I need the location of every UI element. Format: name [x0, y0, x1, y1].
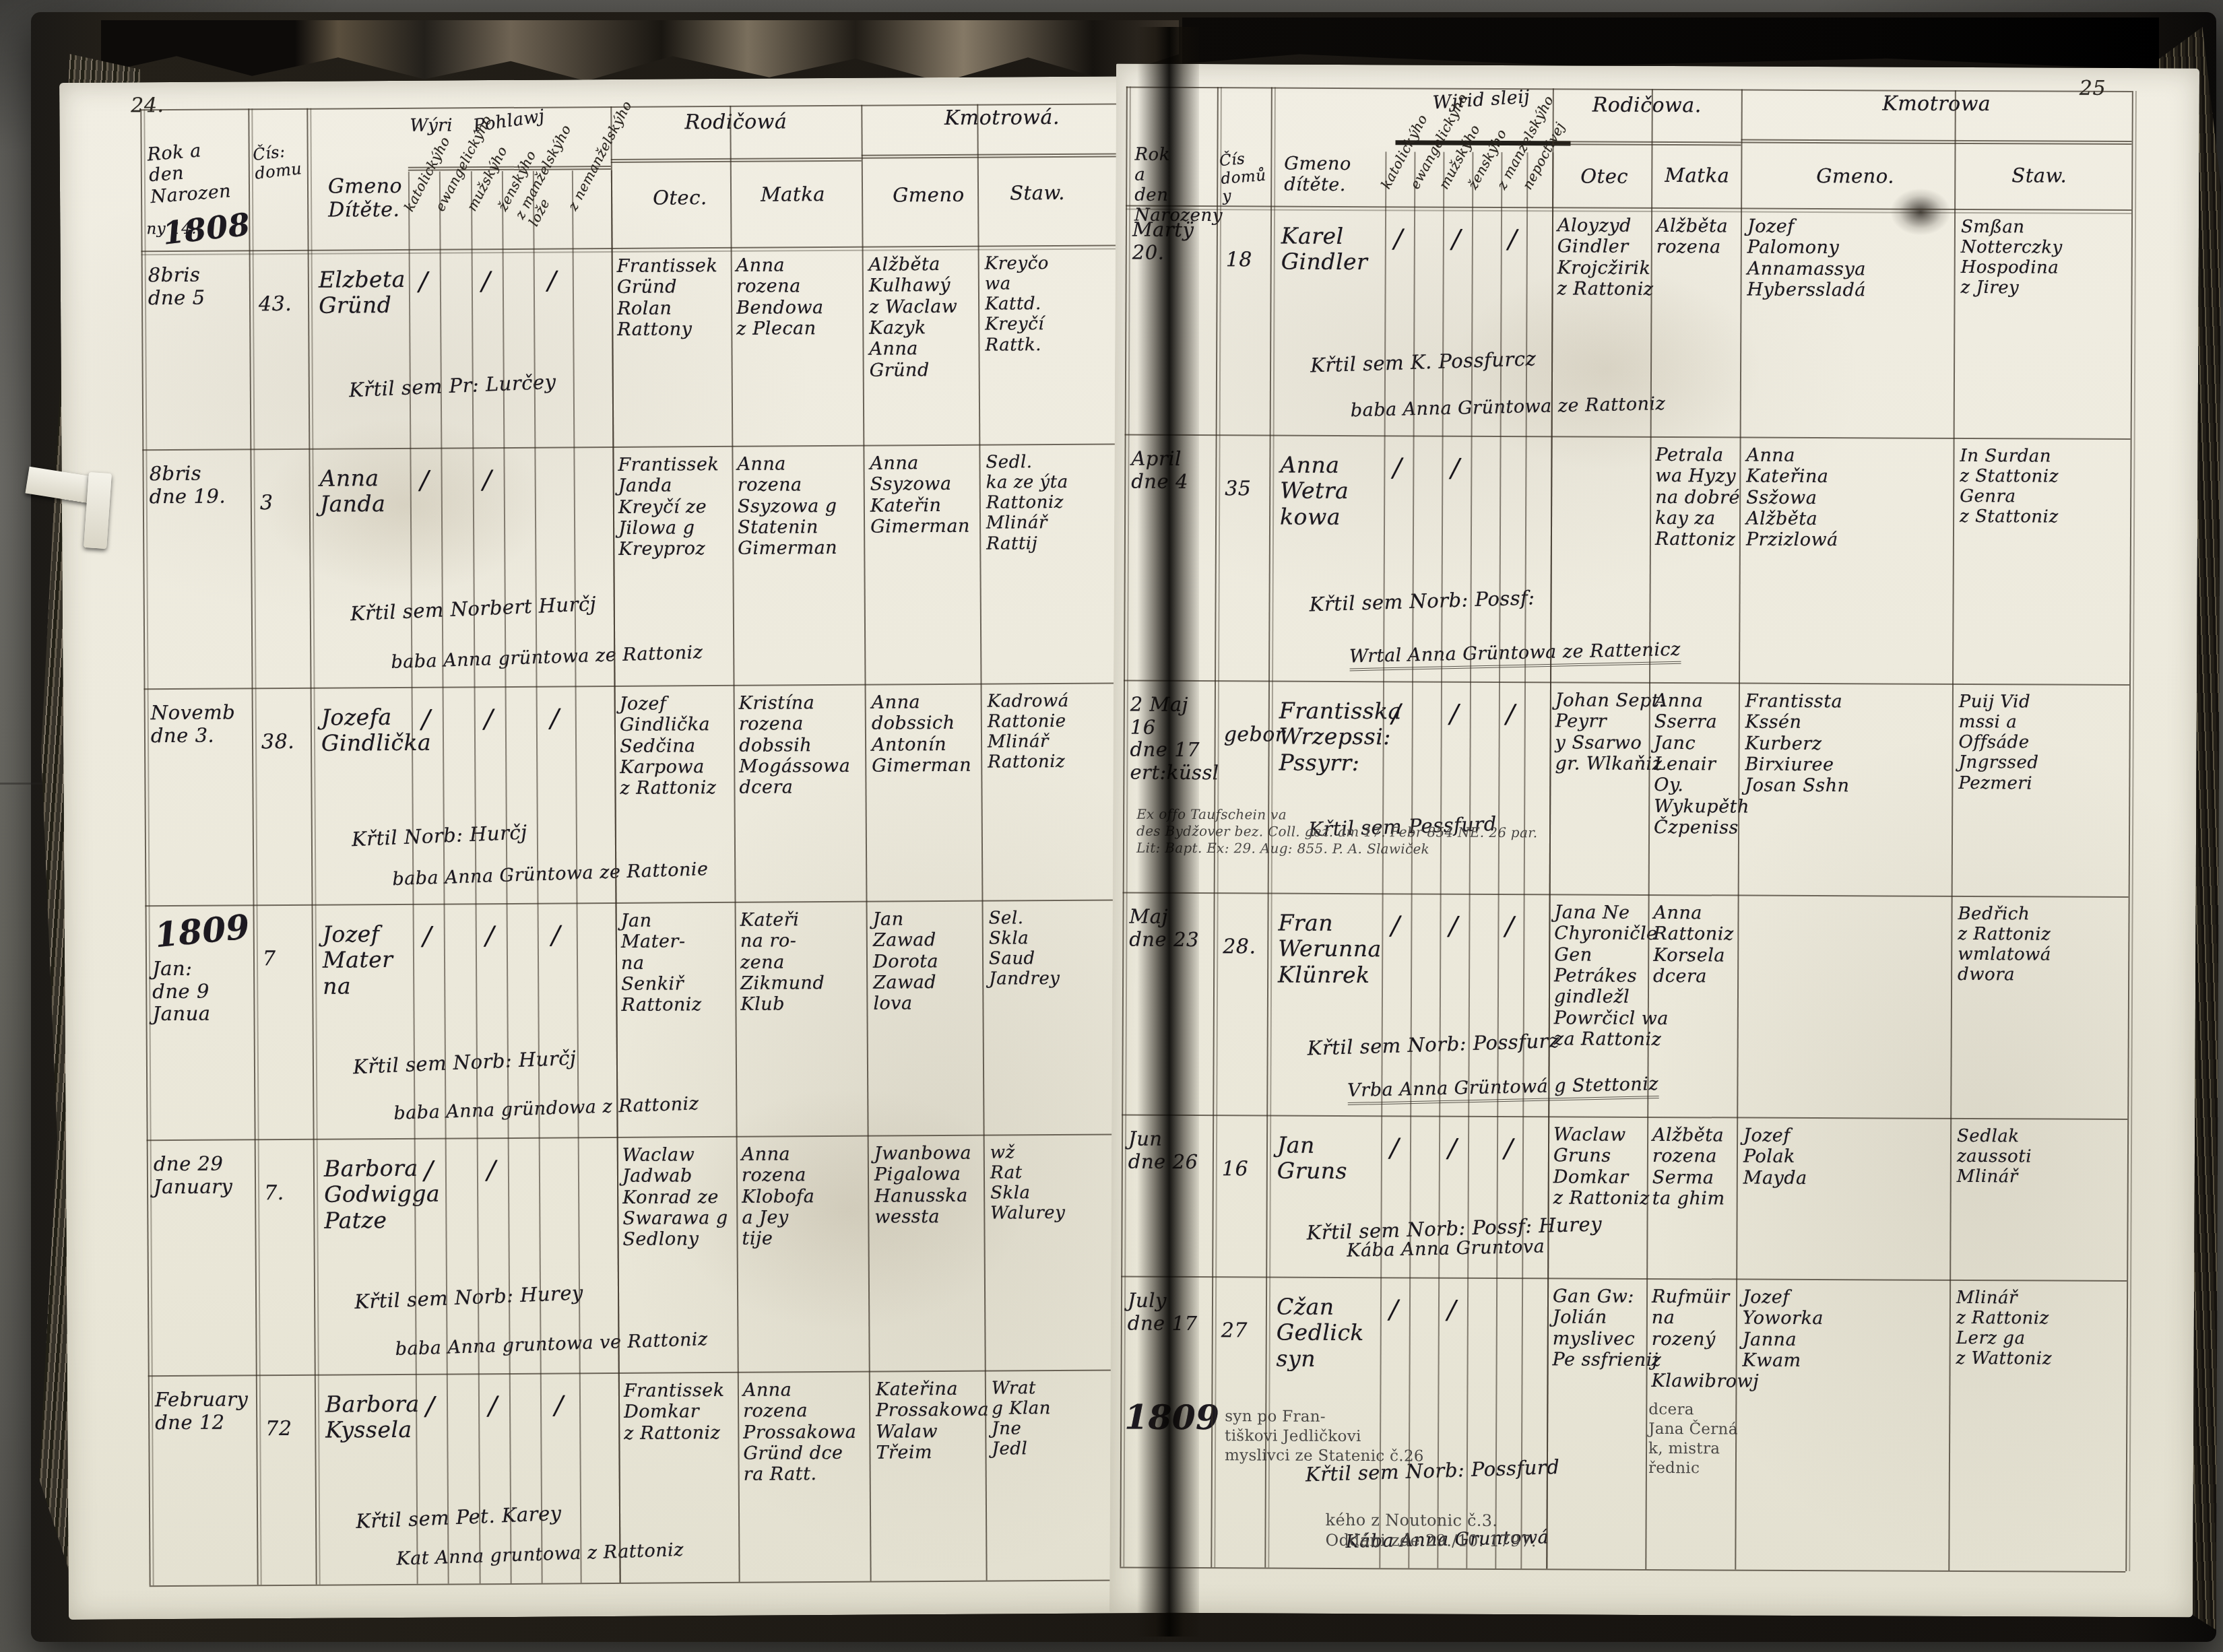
tick-mark: ∕ [1449, 911, 1458, 941]
tick-mark: ∕ [1393, 453, 1403, 482]
midwife-note: Kába Anna Gruntova [1347, 1236, 1545, 1261]
entry-mother: Anna rozena Bendowa z Plecan [736, 255, 866, 339]
header-rule [1553, 141, 1741, 145]
tick-mark: ∕ [1451, 453, 1460, 483]
baptism-note: Křtil sem Pet. Karey [356, 1496, 734, 1534]
entry-date: Novemb dne 3. [151, 701, 251, 747]
midwife-note: Wrtal Anna Grüntowa ze Rattenicz [1349, 639, 1681, 671]
tick-mark: ∕ [1448, 1133, 1457, 1163]
col-header-godparents-group: Kmotrowá. [861, 106, 1142, 131]
baptism-note: Křtil sem K. Possfurcz [1310, 343, 1688, 377]
entry-godparent-name: Anna Ssyzowa Kateřin Gimerman [870, 453, 981, 537]
entry-house-number: 27 [1221, 1319, 1248, 1343]
entry-child-name: Anna Wetra kowa [1280, 453, 1388, 530]
entry-child-name: Elzbeta Gründ [319, 267, 413, 319]
entry-mother: Anna rozena Klobofa a Jey tije [742, 1144, 871, 1250]
entry-child-name: Karel Gindler [1281, 224, 1389, 275]
baptism-note: Křtil sem Norb: Possfurz [1307, 1026, 1685, 1060]
entry-date: February dne 12 [155, 1388, 255, 1434]
tick-mark: ∕ [488, 1391, 498, 1420]
entry-child-name: Barbora Kyssela [325, 1391, 420, 1443]
entry-mother: Kristína rozena dobssih Mogássowa dcera [739, 692, 868, 799]
entry-date: dne 29 January [154, 1152, 253, 1198]
tick-mark: ∕ [484, 704, 494, 733]
register-page-right: 25 Rok a den Narozeny Čís domů y Gmeno d… [1109, 64, 2199, 1618]
table-hline [148, 1369, 1151, 1377]
midwife-note: Vrba Anna Grüntowá g Stettoniz [1347, 1073, 1659, 1105]
entry-godparent-name: Alžběta Kulhawý z Waclaw Kazyk Anna Grün… [869, 254, 980, 381]
entry-godparent-name: Kateřina Prossakowa Walaw Třeim [876, 1379, 987, 1463]
table-hline [150, 1579, 1152, 1587]
baptism-note: Křtil sem Norb: Possf: [1309, 583, 1687, 617]
book-gutter-shadow [1137, 27, 1199, 1637]
col-header-godparents-group: Kmotrowa [1741, 92, 2132, 117]
col-header-godparent-name: Gmeno [893, 184, 965, 207]
entry-child-name: Barbora Godwigga Patze [324, 1156, 419, 1234]
midwife-note: Kat Anna gruntowa z Rattoniz [396, 1540, 684, 1570]
entry-child-name: Frantisska Wrzepssi: Pssyrr: [1279, 698, 1386, 776]
col-header-mother: Matka [1665, 164, 1729, 187]
baptism-note: Křtil sem Norb: Hurčj [352, 1040, 730, 1079]
tick-mark: ∕ [1392, 698, 1401, 728]
tick-mark: ∕ [1390, 1133, 1399, 1162]
entry-mother: Petrala wa Hyzy na dobré kay za Rattoniz [1655, 444, 1743, 550]
col-header-godparent-status: Staw. [1010, 182, 1065, 205]
entry-child-name: Jan Gruns [1277, 1133, 1385, 1185]
col-header-father: Otec [1580, 166, 1628, 189]
entry-date: 8bris dne 19. [149, 462, 249, 508]
tick-mark: ∕ [1452, 224, 1461, 254]
tick-mark: ∕ [554, 1390, 564, 1420]
entry-child-name: Jozef Mater na [323, 921, 418, 999]
tick-mark: ∕ [550, 703, 560, 733]
header-rule [862, 153, 1143, 159]
col-header-mother: Matka [761, 183, 825, 206]
table-hline [1125, 434, 2131, 440]
entry-date: Jan: dne 9 Janua [152, 957, 253, 1026]
tick-mark: ∕ [1391, 911, 1400, 940]
entry-child-name: Cžan Gedlick syn [1277, 1294, 1384, 1372]
col-header-child: Gmeno Dítěte. [328, 175, 402, 222]
table-hline [144, 682, 1147, 690]
page-number: 24. [131, 94, 164, 118]
entry-godparent-name: Jwanbowa Pigalowa Hanusska wessta [874, 1143, 986, 1228]
tick-mark: ∕ [1389, 1294, 1398, 1324]
col-header-date: Rok a den Narozen [146, 138, 232, 207]
entry-house-number: gebor [1224, 723, 1285, 747]
entry-godparent-name: Jan Zawad Dorota Zawad lova [873, 908, 984, 1015]
baptism-note: Křtil sem Pr: Lurčey [348, 364, 726, 402]
entry-child-name: Fran Werunna Klünrek [1278, 911, 1386, 988]
table-hline [1120, 1567, 2125, 1573]
entry-godparent-status: In Surdan z Stattoniz Genra z Stattoniz [1960, 446, 2132, 528]
tick-mark: ∕ [1504, 1133, 1514, 1163]
tick-mark: ∕ [548, 265, 557, 295]
entry-house-number: 3 [260, 492, 273, 515]
col-header-father: Otec. [653, 187, 707, 209]
tick-mark: ∕ [1508, 224, 1518, 254]
tick-mark: ∕ [1506, 699, 1516, 729]
tick-mark: ∕ [420, 465, 430, 495]
entry-house-number: 38. [261, 731, 294, 754]
tick-mark: ∕ [424, 1156, 434, 1185]
tick-mark: ∕ [426, 1391, 435, 1421]
entry-godparent-status: Sedlak zaussoti Mlinář [1957, 1126, 2129, 1188]
entry-date: 8bris dne 5 [148, 263, 248, 309]
table-hline [142, 443, 1145, 451]
entry-godparent-name: Jozef Palomony Annamassya Hyberssladá [1747, 216, 1956, 302]
midwife-note: baba Anna Grüntowa ze Rattoniz [1351, 393, 1666, 422]
tick-mark: ∕ [1450, 699, 1459, 729]
table-hline-top [1126, 87, 2132, 93]
col-header-godparent-status: Staw. [2011, 164, 2067, 187]
header-rule [1741, 139, 2132, 145]
entry-house-number: 35 [1225, 477, 1251, 501]
col-header-house: Čís: domu [252, 141, 303, 183]
col-header-child: Gmeno dítěte. [1284, 154, 1351, 196]
tick-mark: ∕ [1447, 1295, 1456, 1325]
entry-mother: Anna rozena Ssyzowa g Statenin Gimerman [737, 453, 866, 560]
entry-year: 1809 [153, 907, 251, 955]
entry-house-number: 7. [264, 1182, 284, 1205]
col-header-parents-group: Rodičowá [610, 110, 861, 135]
midwife-note: baba Anna gruntowa ve Rattoniz [395, 1329, 708, 1360]
col-header-house: Čís domů y [1219, 149, 1268, 206]
tick-mark: ∕ [482, 266, 491, 296]
col-header-godparent-name: Gmeno. [1816, 165, 1894, 188]
entry-mother: Alžběta rozena Serma ta ghim [1652, 1125, 1740, 1210]
midwife-note: baba Anna Grüntowa ze Rattonie [392, 859, 709, 890]
tick-mark: ∕ [486, 921, 495, 950]
year-label: 1808 [161, 207, 252, 252]
entry-house-number: 16 [1222, 1158, 1248, 1181]
table-hline [146, 899, 1148, 906]
table-hline [1124, 680, 2129, 686]
pencil-marriage-note: kého z Noutonic č.3. Oddáni zde 29./10. … [1325, 1510, 1675, 1552]
pencil-father-note: syn po Fran- tiškovi Jedličkovi myslivci… [1225, 1408, 1508, 1467]
midwife-note: baba Anna gründowa z Rattoniz [393, 1093, 699, 1124]
entry-child-name: Anna Janda [320, 465, 414, 517]
tick-mark: ∕ [483, 465, 492, 494]
entry-godparent-name: Jozef Polak Mayda [1743, 1125, 1952, 1189]
entry-mother: Rufmüir na rozený z Klawibrowj [1651, 1286, 1739, 1392]
table-hline [1122, 1115, 2127, 1121]
entry-mother: Anna Rattoniz Korsela dcera [1653, 902, 1741, 987]
tick-mark: ∕ [422, 704, 431, 734]
entry-child-name: Jozefa Gindlička [321, 704, 416, 756]
tick-mark: ∕ [487, 1155, 496, 1185]
entry-godparent-name: Anna dobssich Antonín Gimerman [872, 692, 983, 777]
entry-godparent-name: Frantissta Kssén Kurberz Birxiuree Josan… [1745, 691, 1954, 797]
register-page-left: 24. Rok a den Narozen ny 14. 1808 Čís: d… [59, 76, 1167, 1620]
tick-mark: ∕ [552, 920, 561, 950]
entry-godparent-status: Bedřich z Rattoniz wmlatowá dwora [1958, 904, 2130, 986]
header-rule [611, 158, 862, 163]
table-hline [1123, 892, 2129, 898]
entry-godparent-name: Jozef Yoworka Janna Kwam [1743, 1287, 1952, 1373]
tick-mark: ∕ [1505, 911, 1514, 941]
entry-mother: Anna rozena Prossakowa Gründ dce ra Ratt… [743, 1379, 872, 1486]
tick-mark: ∕ [419, 267, 428, 296]
entry-house-number: 43. [259, 293, 292, 317]
baptism-note: Křtil sem Norbert Hurčj [350, 587, 728, 626]
entry-house-number: 72 [265, 1418, 292, 1441]
table-vline [1948, 90, 1956, 1571]
entry-godparent-name: Anna Kateřina Ssžowa Alžběta Przizlowá [1746, 445, 1955, 552]
entry-house-number: 7 [263, 948, 276, 971]
baptism-note: Křtil sem Norb: Hurey [354, 1276, 732, 1314]
entry-godparent-status: Puij Vid mssi a Offsáde Jngrssed Pezmeri [1958, 692, 2131, 794]
register-scan-photo: 24. Rok a den Narozen ny 14. 1808 Čís: d… [0, 0, 2223, 1652]
midwife-note: baba Anna grüntowa ze Rattoniz [391, 642, 703, 673]
entry-godparent-status: Smßan Notterczky Hospodina z Jirey [1961, 217, 2133, 299]
entry-house-number: 18 [1226, 249, 1252, 272]
pencil-mother-note: dcera Jana Černá k, mistra řednic [1648, 1400, 1784, 1478]
tick-mark: ∕ [1394, 224, 1403, 253]
tick-mark: ∕ [423, 921, 432, 951]
entry-mother: Kateři na ro- zena Zikmund Klub [740, 909, 870, 1016]
table-hline [147, 1133, 1149, 1141]
entry-mother: Alžběta rozena [1656, 216, 1743, 258]
entry-godparent-status: Mlinář z Rattoniz Lerz ga z Wattoniz [1956, 1288, 2129, 1370]
entry-house-number: 28. [1223, 935, 1256, 959]
baptism-note: Křtil Norb: Hurčj [351, 813, 729, 851]
table-hline [1121, 1276, 2127, 1282]
